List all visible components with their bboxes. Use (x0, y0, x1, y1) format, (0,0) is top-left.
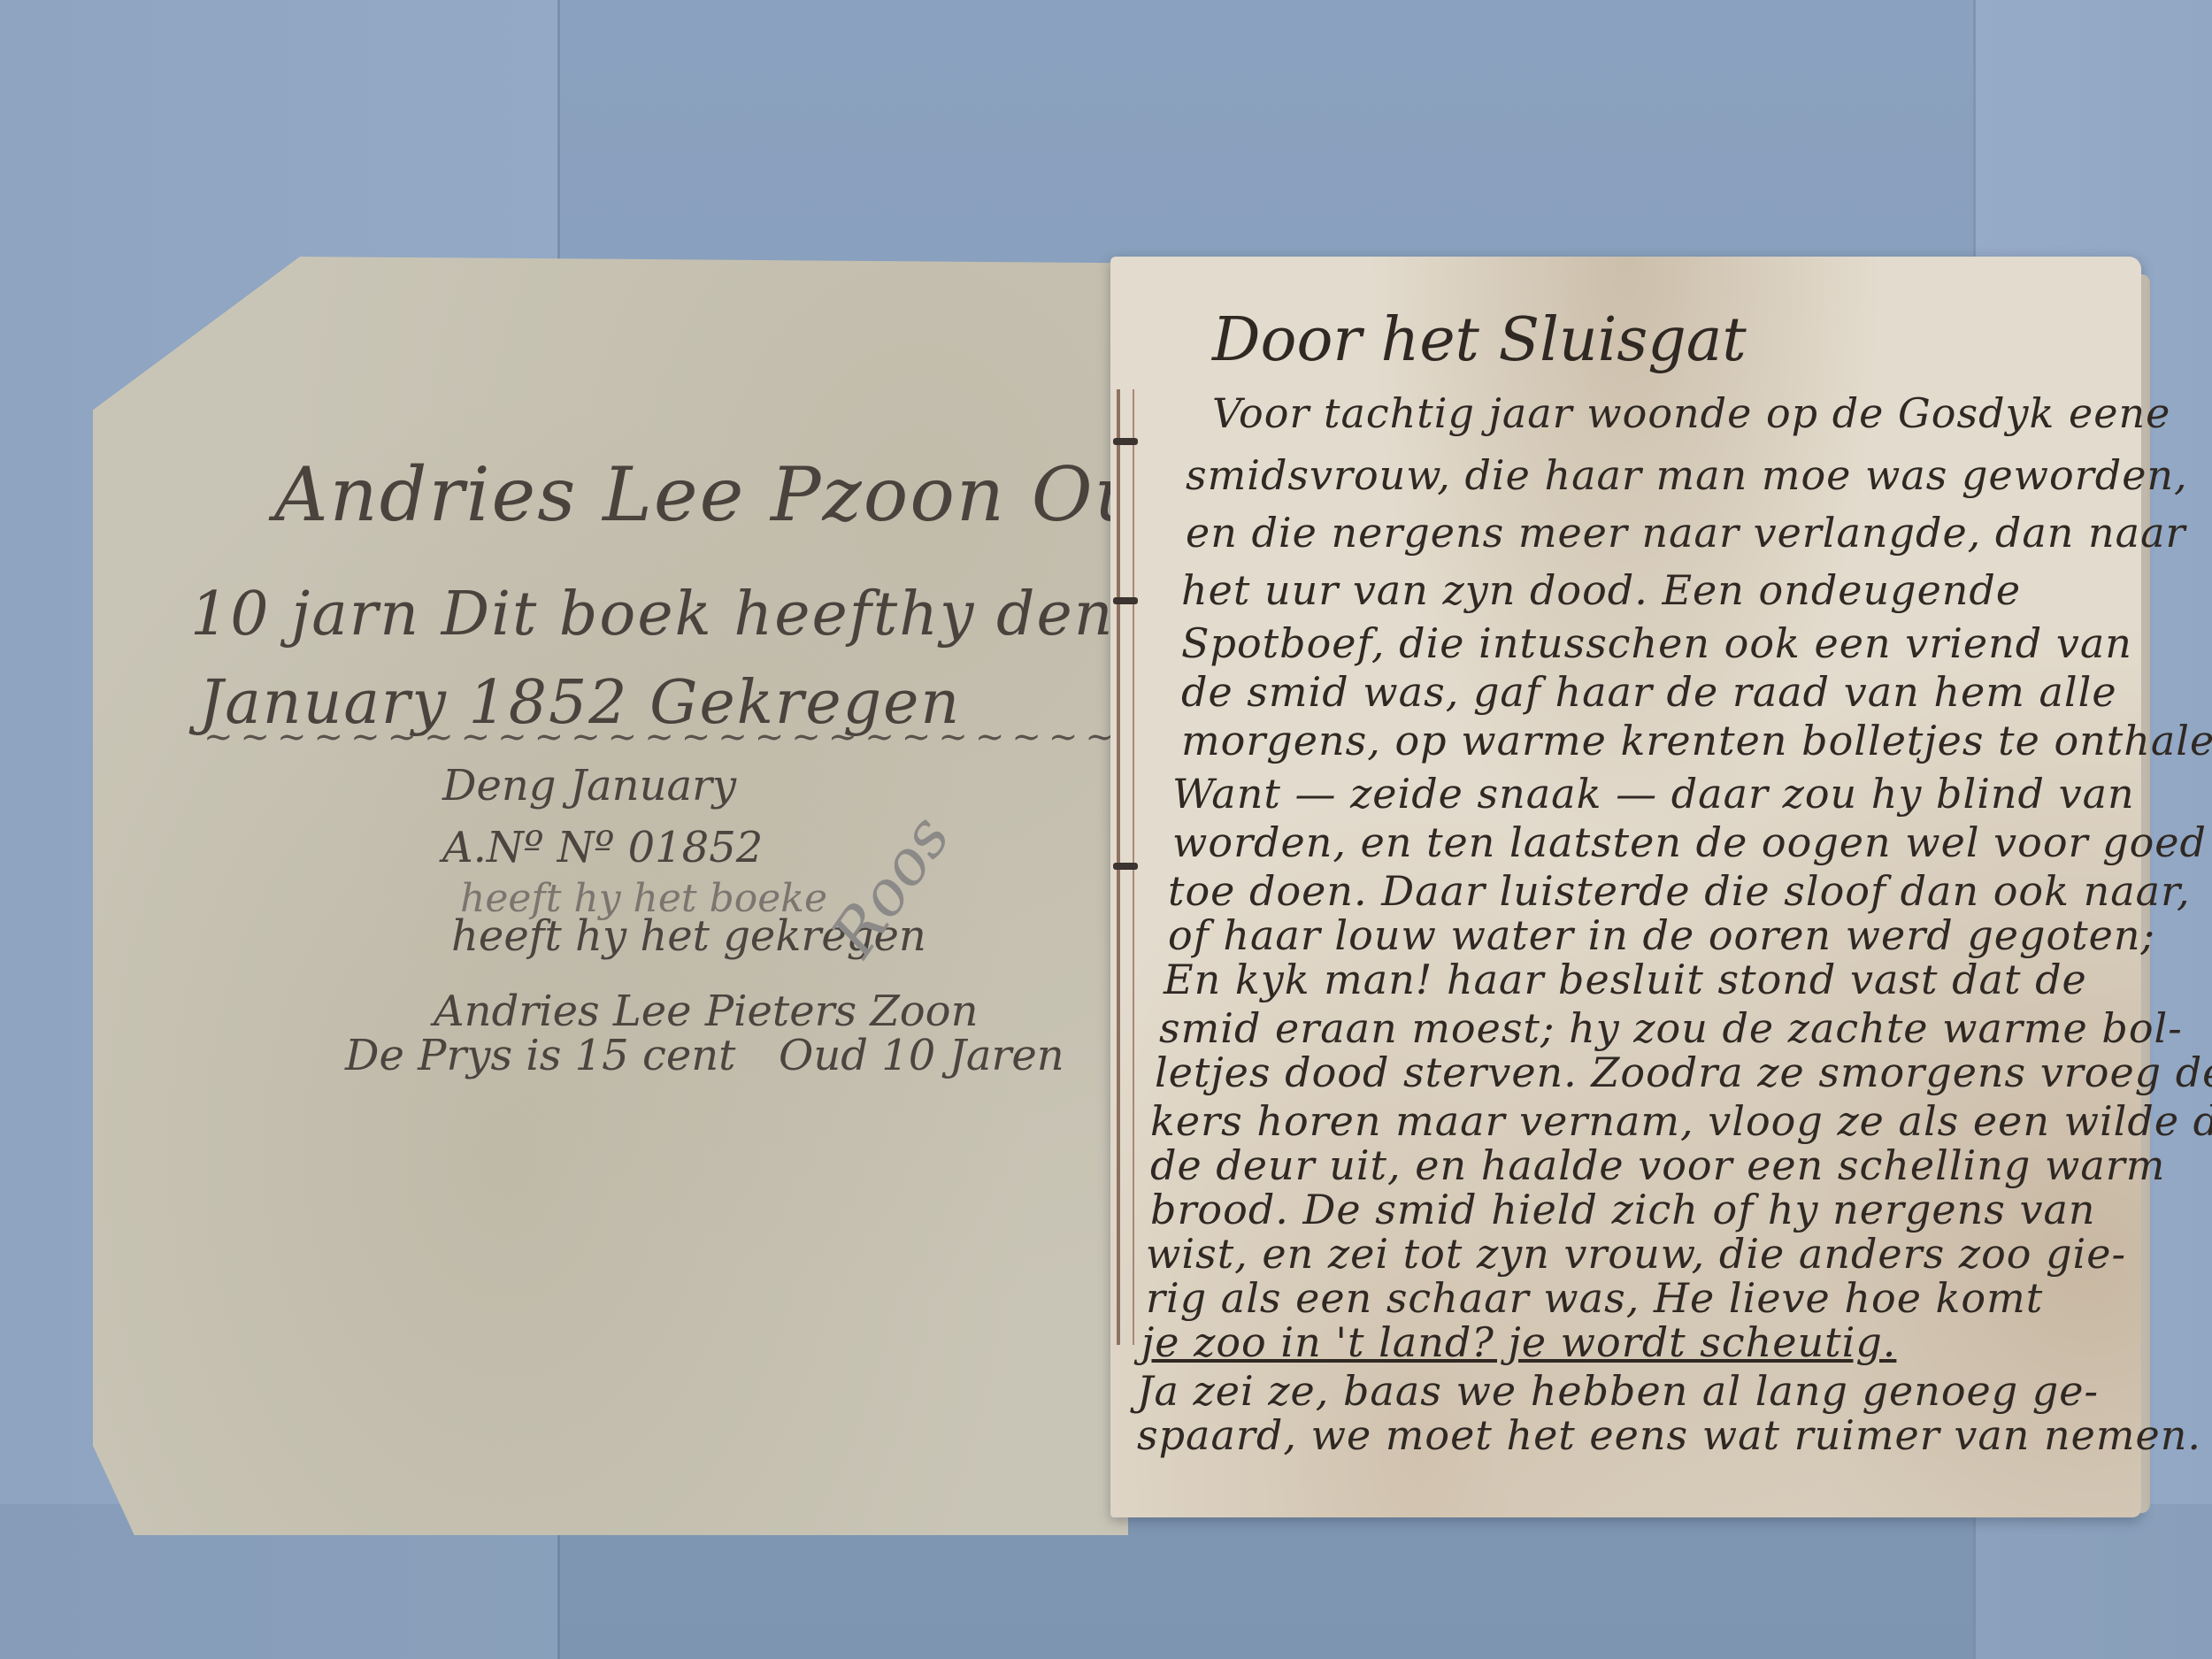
year-line: A.Nº Nº 01852 (442, 823, 763, 872)
inscription-line: 10 jarn Dit boek heefthy deng (190, 580, 1155, 649)
text-line: rig als een schaar was, He lieve hoe kom… (1146, 1274, 2043, 1322)
inscription-line: Andries Lee Pzoon Oud (274, 451, 1193, 538)
text-line: Spotboef, die intusschen ook een vriend … (1181, 619, 2132, 667)
text-line: de smid was, gaf haar de raad van hem al… (1181, 668, 2117, 716)
text-line: Voor tachtig jaar woonde op de Gosdyk ee… (1212, 389, 2170, 437)
text-line: het uur van zyn dood. Een ondeugende (1181, 566, 2021, 614)
text-line: de deur uit, en haalde voor een schellin… (1150, 1141, 2165, 1189)
text-line: letjes dood sterven. Zoodra ze smorgens … (1155, 1048, 2212, 1096)
text-line: morgens, op warme krenten bolletjes te o… (1181, 717, 2212, 764)
text-line: wist, en zei tot zyn vrouw, die anders z… (1146, 1230, 2126, 1278)
text-line: of haar louw water in de ooren werd gego… (1168, 911, 2155, 959)
text-line: smid eraan moest; hy zou de zachte warme… (1159, 1004, 2183, 1052)
text-line: Ja zei ze, baas we hebben al lang genoeg… (1137, 1367, 2099, 1415)
owner-name-line: Andries Lee Pieters Zoon (434, 987, 979, 1036)
text-line: toe doen. Daar luisterde die sloof dan o… (1168, 867, 2191, 915)
story-title: Door het Sluisgat (1212, 305, 1747, 375)
text-line: smidsvrouw, die haar man moe was geworde… (1186, 451, 2188, 499)
decorative-flourish: ~~~~~~~~~~~~~~~~~~~~~~~~~~ (204, 717, 1158, 757)
text-line: spaard, we moet het eens wat ruimer van … (1137, 1411, 2201, 1459)
stitch-hole (1113, 597, 1138, 604)
stitch-hole (1113, 438, 1138, 445)
text-line: brood. De smid hield zich of hy nergens … (1150, 1186, 2096, 1233)
text-line: Want — zeide snaak — daar zou hy blind v… (1172, 770, 2135, 818)
text-line: kers horen maar vernam, vloog ze als een… (1150, 1097, 2212, 1145)
age-line: Oud 10 Jaren (779, 1031, 1064, 1080)
stitch-hole (1113, 863, 1138, 870)
price-line: De Prys is 15 cent (345, 1031, 735, 1080)
text-line: En kyk man! haar besluit stond vast dat … (1164, 956, 2087, 1003)
text-line: je zoo in 't land? je wordt scheutig. (1141, 1318, 1896, 1366)
text-line: worden, en ten laatsten de oogen wel voo… (1172, 818, 2207, 866)
date-line: Deng January (442, 761, 736, 810)
text-line: en die nergens meer naar verlangde, dan … (1186, 509, 2186, 557)
